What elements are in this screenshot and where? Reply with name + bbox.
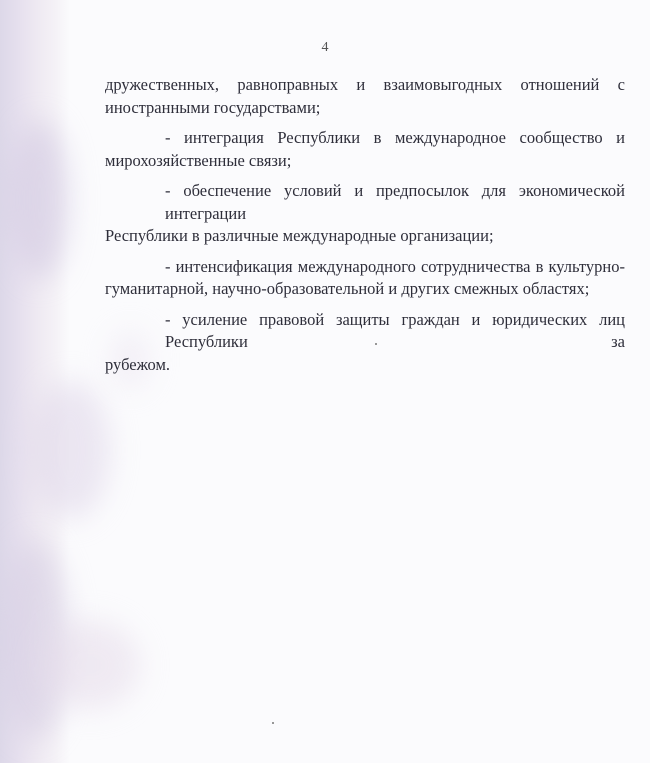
paragraph-continuation: дружественных, равноправных и взаимовыго… [105,74,625,119]
page-number: 4 [0,40,650,56]
list-item: - усиление правовой защиты граждан и юри… [105,309,625,377]
scan-artifact [40,620,140,710]
scan-artifact [30,380,110,520]
list-item: - интеграция Республики в международное … [105,127,625,172]
list-item: - интенсификация международного сотрудни… [105,256,625,301]
list-item: - обеспечение условий и предпосылок для … [105,180,625,248]
scan-speck [272,722,274,724]
text-line: гуманитарной, научно-образовательной и д… [105,278,625,301]
scan-speck [375,343,377,345]
document-body: дружественных, равноправных и взаимовыго… [105,74,625,384]
text-line: мирохозяйственные связи; [105,150,625,173]
text-line: - интеграция Республики в международное … [105,127,625,150]
scan-artifact [10,120,70,280]
text-line: - обеспечение условий и предпосылок для … [105,180,625,225]
text-line: Республики в различные международные орг… [105,225,625,248]
text-line: рубежом. [105,354,625,377]
text-line: дружественных, равноправных и взаимовыго… [105,74,625,97]
text-line: иностранными государствами; [105,97,625,120]
text-line: - усиление правовой защиты граждан и юри… [105,309,625,354]
text-line: - интенсификация международного сотрудни… [105,256,625,279]
